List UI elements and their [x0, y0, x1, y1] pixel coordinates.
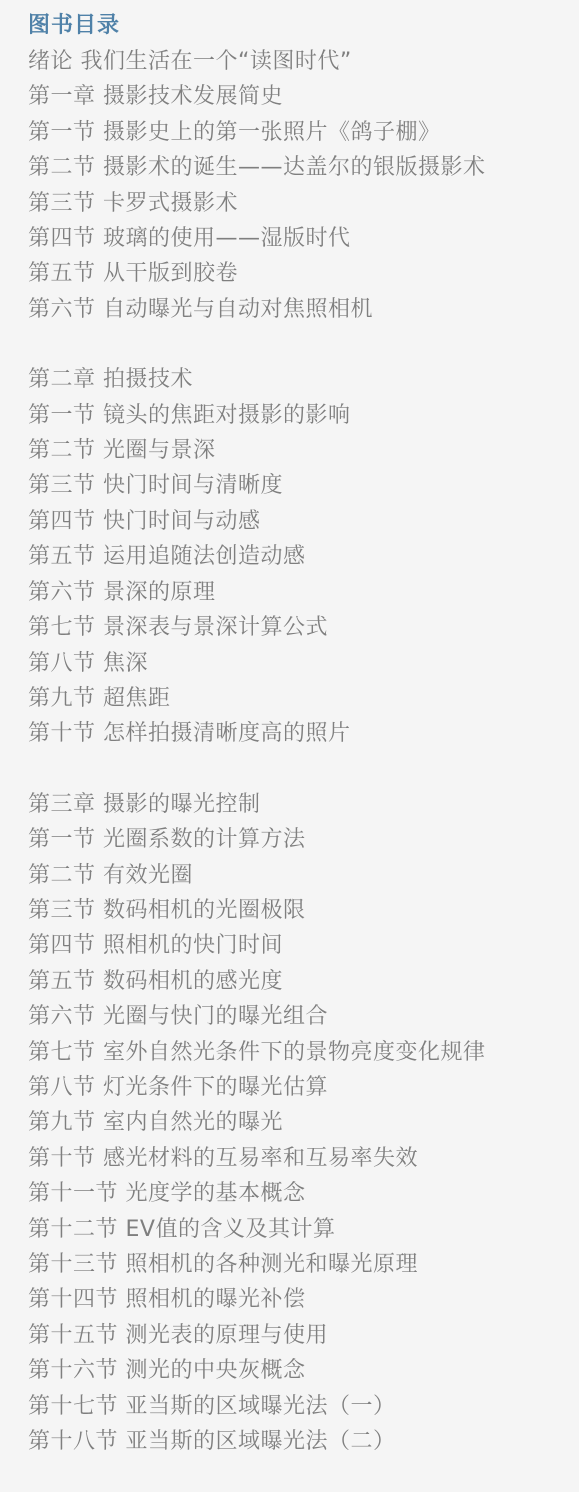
- toc-entry-section: 第二节 有效光圈: [28, 858, 569, 893]
- toc-entry-section: 第十六节 测光的中央灰概念: [28, 1353, 569, 1388]
- toc-entry-section: 第十三节 照相机的各种测光和曝光原理: [28, 1247, 569, 1282]
- toc-entry-section: 第五节 运用追随法创造动感: [28, 539, 569, 574]
- toc-entry-section: 第八节 灯光条件下的曝光估算: [28, 1070, 569, 1105]
- toc-entry-section: 第三节 数码相机的光圈极限: [28, 893, 569, 928]
- toc-entry-chapter: 第一章 摄影技术发展简史: [28, 79, 569, 114]
- toc-entry-section: 第四节 玻璃的使用——湿版时代: [28, 221, 569, 256]
- toc-entry-intro: 绪论 我们生活在一个“读图时代”: [28, 44, 569, 79]
- toc-entry-section: 第十五节 测光表的原理与使用: [28, 1318, 569, 1353]
- toc-entry-section: 第十节 怎样拍摄清晰度高的照片: [28, 716, 569, 751]
- toc-entry-section: 第七节 室外自然光条件下的景物亮度变化规律: [28, 1035, 569, 1070]
- book-toc: 图书目录 绪论 我们生活在一个“读图时代”第一章 摄影技术发展简史第一节 摄影史…: [0, 0, 579, 1459]
- toc-entry-section: 第四节 快门时间与动感: [28, 504, 569, 539]
- toc-entry-section: 第十二节 EV值的含义及其计算: [28, 1212, 569, 1247]
- toc-entry-section: 第九节 室内自然光的曝光: [28, 1105, 569, 1140]
- toc-entry-section: 第二节 光圈与景深: [28, 433, 569, 468]
- toc-entry-section: 第十七节 亚当斯的区域曝光法（一）: [28, 1389, 569, 1424]
- toc-entry-section: 第六节 光圈与快门的曝光组合: [28, 999, 569, 1034]
- toc-entry-section: 第一节 镜头的焦距对摄影的影响: [28, 398, 569, 433]
- toc-entry-section: 第五节 数码相机的感光度: [28, 964, 569, 999]
- toc-entry-section: 第三节 快门时间与清晰度: [28, 468, 569, 503]
- toc-entry-section: 第七节 景深表与景深计算公式: [28, 610, 569, 645]
- toc-entry-section: 第十八节 亚当斯的区域曝光法（二）: [28, 1424, 569, 1459]
- toc-entry-section: 第九节 超焦距: [28, 681, 569, 716]
- page-title: 图书目录: [28, 8, 569, 44]
- toc-entry-section: 第十节 感光材料的互易率和互易率失效: [28, 1141, 569, 1176]
- toc-entry-section: 第八节 焦深: [28, 646, 569, 681]
- toc-entry-chapter: 第三章 摄影的曝光控制: [28, 787, 569, 822]
- toc-entry-section: 第一节 摄影史上的第一张照片《鸽子棚》: [28, 115, 569, 150]
- toc-entry-section: 第一节 光圈系数的计算方法: [28, 822, 569, 857]
- toc-entry-section: 第三节 卡罗式摄影术: [28, 186, 569, 221]
- toc-entry-section: 第十一节 光度学的基本概念: [28, 1176, 569, 1211]
- toc-entry-section: 第六节 景深的原理: [28, 575, 569, 610]
- toc-list: 绪论 我们生活在一个“读图时代”第一章 摄影技术发展简史第一节 摄影史上的第一张…: [28, 44, 569, 1459]
- toc-entry-section: 第二节 摄影术的诞生——达盖尔的银版摄影术: [28, 150, 569, 185]
- toc-entry-section: 第十四节 照相机的曝光补偿: [28, 1282, 569, 1317]
- toc-entry-chapter: 第二章 拍摄技术: [28, 362, 569, 397]
- toc-entry-section: 第六节 自动曝光与自动对焦照相机: [28, 292, 569, 327]
- toc-entry-section: 第五节 从干版到胶卷: [28, 256, 569, 291]
- toc-entry-section: 第四节 照相机的快门时间: [28, 928, 569, 963]
